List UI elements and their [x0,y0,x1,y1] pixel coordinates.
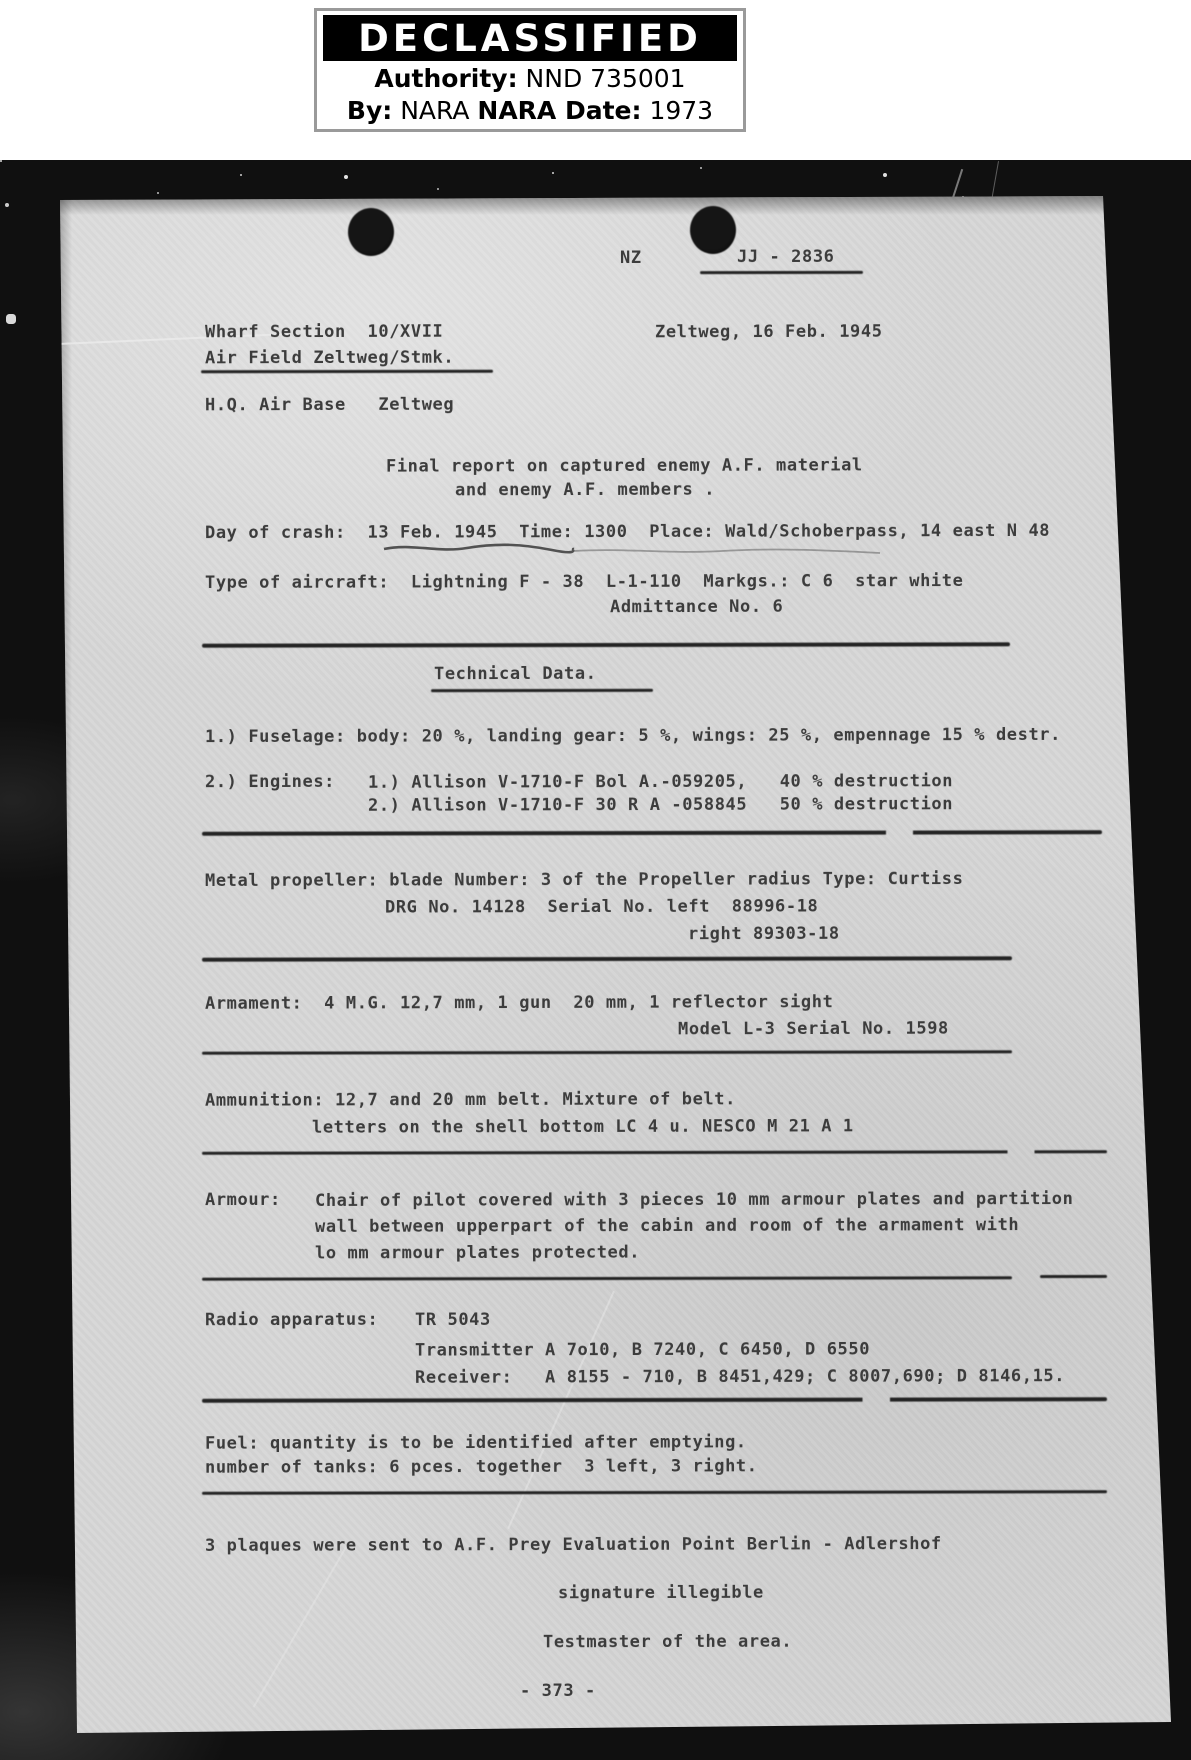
nara-date-label: NARA Date: [477,96,641,125]
stamp-title-bar: DECLASSIFIED [323,15,737,61]
dateline: Zeltweg, 16 Feb. 1945 [655,322,883,343]
plaques-line: 3 plaques were sent to A.F. Prey Evaluat… [205,1534,942,1556]
technical-data-heading: Technical Data. [434,664,597,684]
receiver-line: Receiver: A 8155 - 710, B 8451,429; C 80… [415,1366,1065,1388]
declassified-stamp: DECLASSIFIED Authority: NND 735001 By: N… [314,8,746,132]
stamp-by-line: By: NARA NARA Date: 1973 [317,96,743,125]
divider-line [1040,1275,1107,1278]
stamp-authority-line: Authority: NND 735001 [317,64,743,93]
hq-line: H.Q. Air Base Zeltweg [205,395,454,416]
armour-line-3: lo mm armour plates protected. [315,1243,640,1264]
armour-line-1: Chair of pilot covered with 3 pieces 10 … [315,1189,1074,1211]
propeller-line-3: right 89303-18 [688,924,840,944]
aircraft-line: Type of aircraft: Lightning F - 38 L-1-1… [205,571,964,593]
engine-2-line: 2.) Allison V-1710-F 30 R A -058845 50 %… [368,794,953,816]
unit-underline [201,370,493,374]
dust-speckles [0,160,2,162]
punch-hole-right [690,206,736,254]
nara-date-value: 1973 [642,96,714,125]
ammunition-line-1: Ammunition: 12,7 and 20 mm belt. Mixture… [205,1089,736,1110]
propeller-line-1: Metal propeller: blade Number: 3 of the … [205,869,964,891]
radio-label: Radio apparatus: [205,1310,378,1330]
admittance-line: Admittance No. 6 [610,597,783,617]
subject-line-2: and enemy A.F. members . [455,480,715,501]
fuel-line-2: number of tanks: 6 pces. together 3 left… [205,1456,758,1477]
radio-set-line: TR 5043 [415,1310,491,1330]
unit-line-2: Air Field Zeltweg/Stmk. [205,348,454,369]
fuselage-line: 1.) Fuselage: body: 20 %, landing gear: … [205,725,1061,747]
crash-date-underline [382,540,887,558]
ref-underline [700,271,863,274]
document-page: NZ JJ - 2836 Wharf Section 10/XVII Air F… [0,0,1191,1760]
subject-line-1: Final report on captured enemy A.F. mate… [386,455,863,476]
ref-code-right: JJ - 2836 [737,247,835,267]
signature-line: signature illegible [558,1583,764,1604]
transmitter-line: Transmitter A 7o10, B 7240, C 6450, D 65… [415,1339,870,1360]
page-number: - 373 - [520,1681,596,1701]
heading-underline [431,689,653,692]
engine-1-line: 1.) Allison V-1710-F Bol A.-059205, 40 %… [368,771,953,793]
armament-line-1: Armament: 4 M.G. 12,7 mm, 1 gun 20 mm, 1… [205,992,833,1014]
ammunition-line-2: letters on the shell bottom LC 4 u. NESC… [312,1116,854,1137]
authority-label: Authority: [374,64,517,93]
stamp-title: DECLASSIFIED [358,17,702,60]
signoff-line: Testmaster of the area. [543,1632,792,1653]
armour-label: Armour: [205,1190,281,1210]
authority-value: NND 735001 [518,64,686,93]
armament-line-2: Model L-3 Serial No. 1598 [678,1019,949,1040]
ref-code-left: NZ [620,248,642,268]
fuel-line-1: Fuel: quantity is to be identified after… [205,1432,747,1453]
by-label: By: [347,96,392,125]
by-value: NARA [392,96,477,125]
engines-label: 2.) Engines: [205,772,335,792]
armour-line-2: wall between upperpart of the cabin and … [315,1215,1019,1237]
punch-hole-left [348,208,394,256]
propeller-line-2: DRG No. 14128 Serial No. left 88996-18 [385,896,818,917]
unit-line-1: Wharf Section 10/XVII [205,322,443,343]
